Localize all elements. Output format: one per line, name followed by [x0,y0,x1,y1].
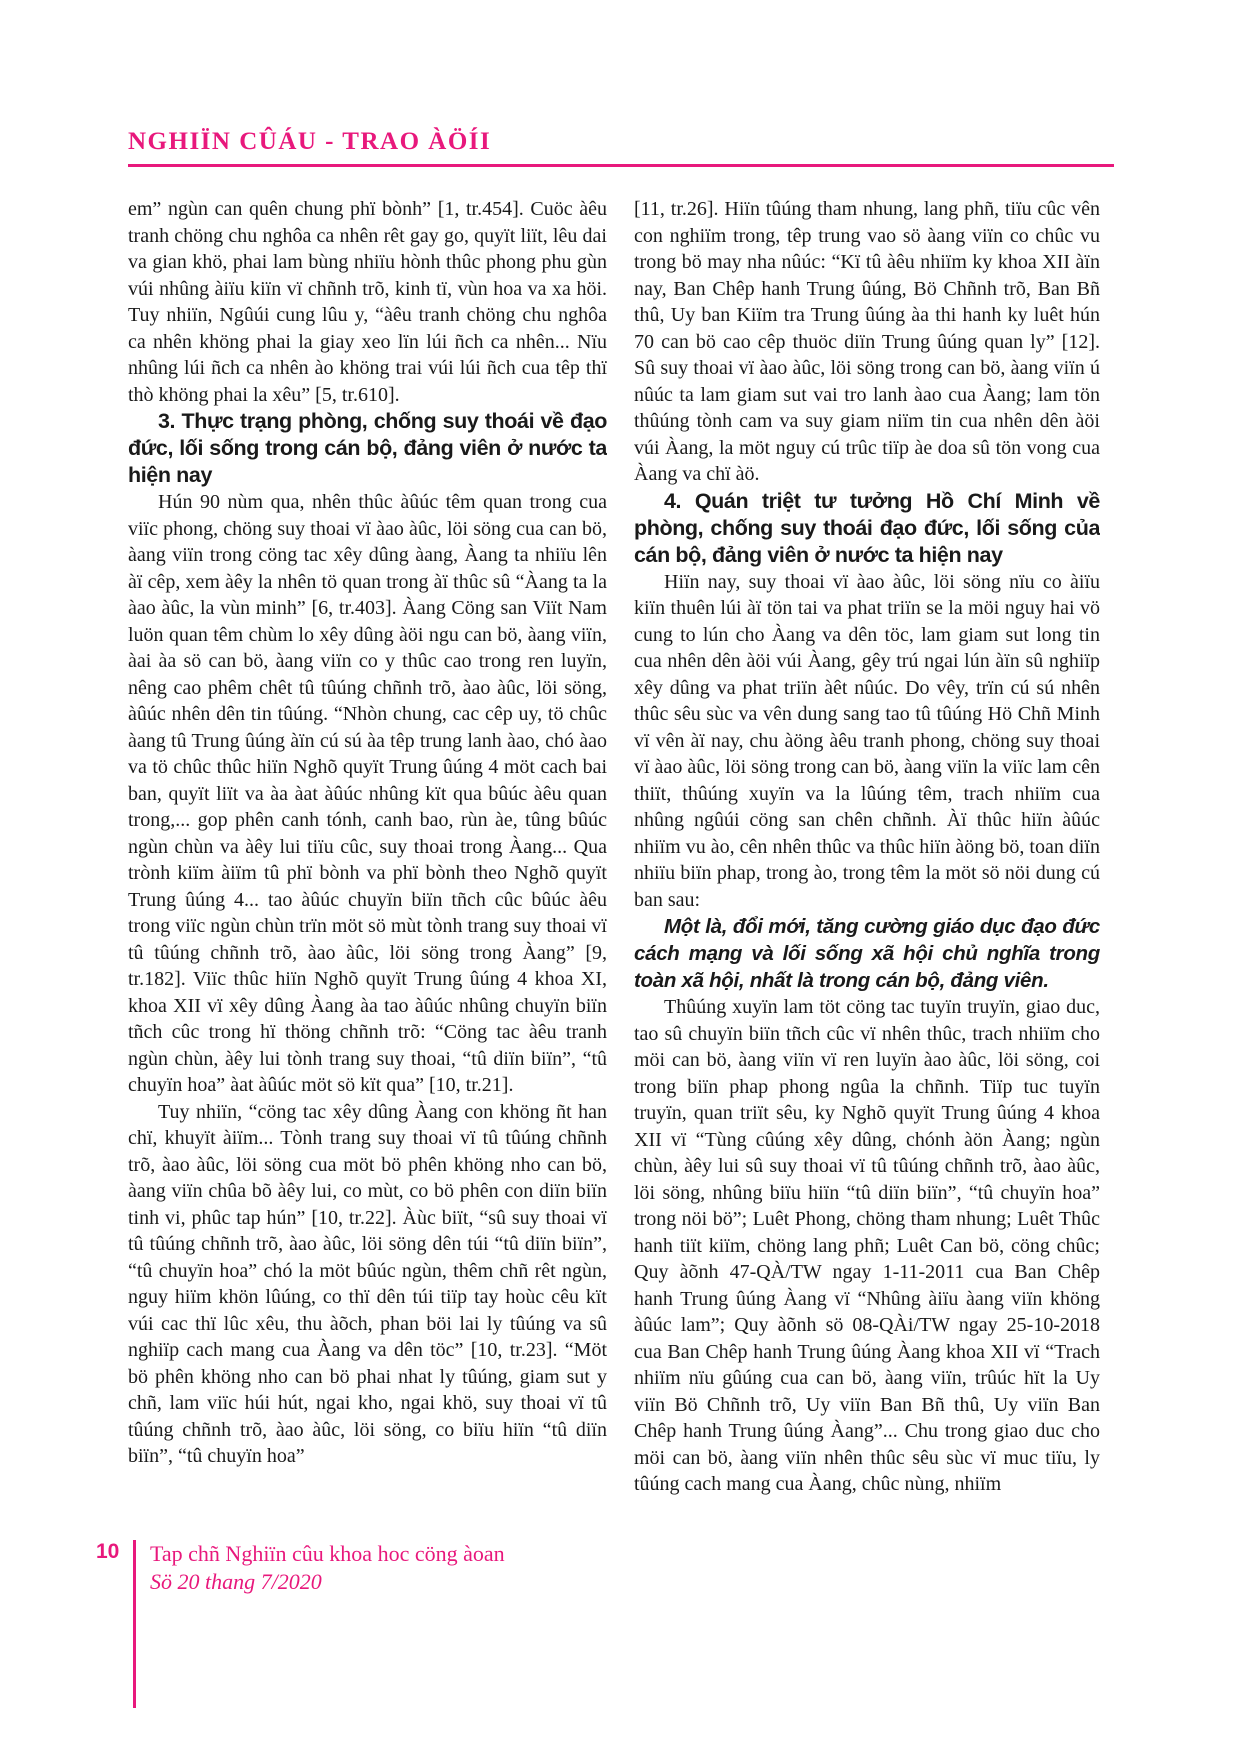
footer-divider [133,1540,136,1708]
paragraph: Hiïn nay, suy thoai vï àao àûc, löi söng… [634,569,1100,914]
emphasis-paragraph: Một là, đổi mới, tăng cường giáo dục đạo… [634,913,1100,994]
paragraph-continuation: [11, tr.26]. Hiïn tûúng tham nhung, lang… [634,196,1100,488]
paragraph: Tuy nhiïn, “cöng tac xêy dûng Àang con k… [128,1099,607,1470]
paragraph-continuation: em” ngùn can quên chung phï bònh” [1, tr… [128,196,607,408]
article-body: em” ngùn can quên chung phï bònh” [1, tr… [128,196,1100,1508]
left-column: em” ngùn can quên chung phï bònh” [1, tr… [128,196,607,1508]
page-number: 10 [96,1540,119,1564]
paragraph: Thûúng xuyïn lam töt cöng tac tuyïn truy… [634,994,1100,1498]
section-heading-4: 4. Quán triệt tư tưởng Hồ Chí Minh về ph… [634,488,1100,569]
page-title: NGHIÏN CÛÁU - TRAO ÀÖÍI [128,128,491,156]
section-heading-3: 3. Thực trạng phòng, chống suy thoái về … [128,408,607,489]
journal-name: Tap chñ Nghiïn cûu khoa hoc cöng àoan [150,1540,505,1568]
footer: Tap chñ Nghiïn cûu khoa hoc cöng àoan Sö… [150,1540,505,1596]
issue-info: Sö 20 thang 7/2020 [150,1568,505,1596]
right-column: [11, tr.26]. Hiïn tûúng tham nhung, lang… [634,196,1100,1508]
paragraph: Hún 90 nùm qua, nhên thûc àûúc têm quan … [128,489,607,1099]
header-rule [128,164,1114,167]
journal-page: NGHIÏN CÛÁU - TRAO ÀÖÍI em” ngùn can quê… [0,0,1240,1753]
